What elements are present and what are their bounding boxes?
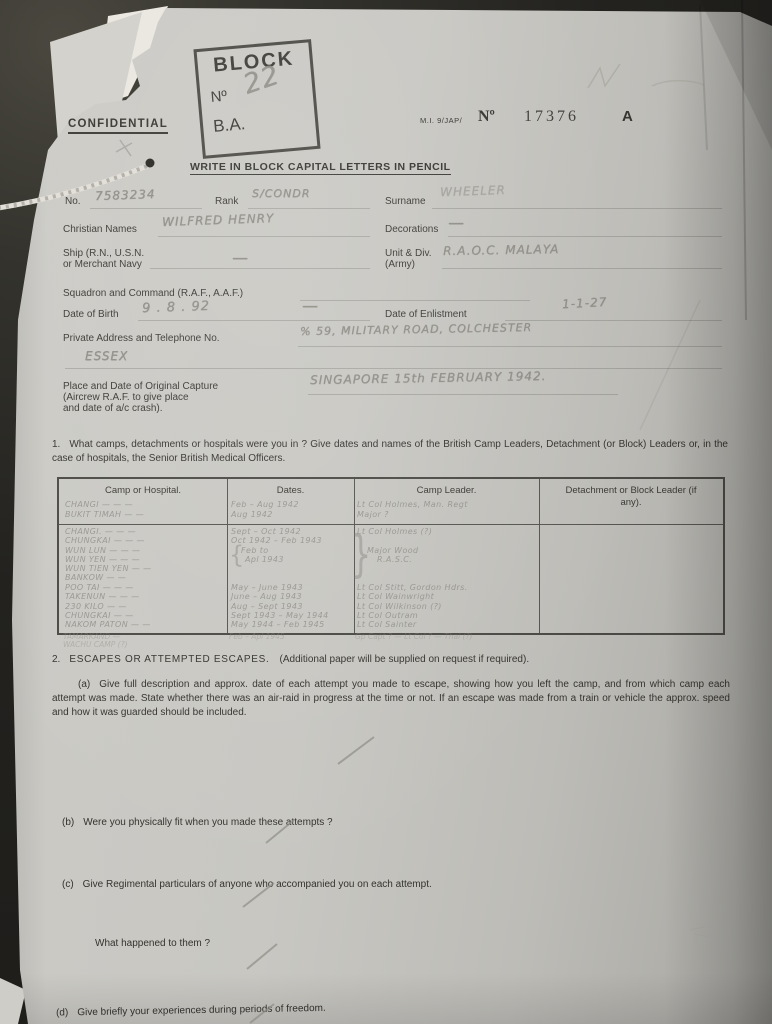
serial-number: 17376: [524, 108, 579, 126]
dates-cell: Aug 1942: [231, 510, 273, 519]
question-2c-tag: (c): [62, 879, 74, 890]
leader-cell: Major Wood: [367, 546, 419, 555]
camp-cell: WUN YEN — — —: [65, 555, 140, 564]
field-no-label: No.: [65, 196, 81, 207]
serial-no-label: Nº: [478, 108, 495, 126]
rule-line: [308, 394, 618, 395]
leader-cell: Lt Col Wilkinson (?): [357, 602, 442, 611]
camp-cell: WACHU CAMP (?): [63, 640, 128, 649]
dates-cell: May – June 1943: [231, 583, 303, 592]
field-unit-value: R.A.O.C. MALAYA: [443, 242, 559, 258]
question-2-heading: 2.ESCAPES OR ATTEMPTED ESCAPES.(Addition…: [52, 653, 728, 667]
dates-cell: May 1944 – Feb 1945: [231, 620, 325, 629]
table-row: TAKENUN — — —June – Aug 1943Lt Col Wainw…: [59, 592, 723, 602]
camp-cell: WUN TIEN YEN — —: [65, 564, 152, 573]
table-header-divider: [59, 524, 723, 525]
question-1: 1.What camps, detachments or hospitals w…: [52, 438, 728, 466]
question-2c-text: Give Regimental particulars of anyone wh…: [83, 879, 432, 890]
leader-cell: Lt Col Outram: [357, 611, 418, 620]
field-decorations-value: —: [448, 213, 465, 232]
camp-cell: BANKOW — —: [65, 573, 126, 582]
col-header-leader: Camp Leader.: [354, 485, 539, 497]
leader-cell: R.A.S.C.: [377, 555, 412, 564]
stamp-ba-label: B.A.: [212, 114, 246, 137]
table-row: CHANGI — — —Feb – Aug 1942Lt Col Holmes,…: [59, 500, 723, 510]
question-2c: (c)Give Regimental particulars of anyone…: [62, 878, 702, 892]
rule-line: [432, 208, 722, 209]
field-ship-label-line1: Ship (R.N., U.S.N.: [63, 248, 144, 259]
rule-line: [442, 268, 722, 269]
field-squadron-value: —: [302, 296, 319, 315]
camp-cell: CHANGI. — — —: [65, 527, 136, 536]
question-2a-text: Give full description and approx. date o…: [52, 679, 730, 718]
field-squadron-label: Squadron and Command (R.A.F., A.A.F.): [63, 288, 243, 299]
question-1-text: What camps, detachments or hospitals wer…: [52, 439, 728, 464]
rule-line: [505, 320, 722, 321]
question-2-title: ESCAPES OR ATTEMPTED ESCAPES.: [69, 654, 269, 665]
dates-cell: June – Aug 1943: [231, 592, 302, 601]
question-2-number: 2.: [52, 654, 60, 665]
rule-line: [150, 268, 370, 269]
camp-cell: CHUNGKAI — — —: [65, 536, 145, 545]
leader-cell: Major ?: [357, 510, 389, 519]
rule-line: [90, 208, 202, 209]
question-2d-text: Give briefly your experiences during per…: [77, 1003, 326, 1018]
leader-cell: Gp Capt ? — Lt Col ? — Thai (?): [355, 632, 472, 641]
field-dob-value: 9 . 8 . 92: [142, 299, 210, 316]
rule-line: [138, 320, 370, 321]
camp-cell: BUKIT TIMAH — —: [65, 510, 144, 519]
field-address-value-line2: ESSEX: [85, 349, 128, 363]
field-unit-label-line1: Unit & Div.: [385, 248, 432, 259]
document-photo: BLOCK Nº 22 B.A. CONFIDENTIAL M.I. 9/JAP…: [0, 0, 772, 1024]
question-2b-tag: (b): [62, 817, 74, 828]
rule-line: [158, 236, 370, 237]
field-surname-label: Surname: [385, 196, 426, 207]
question-2-note: (Additional paper will be supplied on re…: [280, 654, 530, 665]
leader-cell: Lt Col Holmes, Man. Regt: [357, 500, 468, 509]
field-enlistment-label: Date of Enlistment: [385, 309, 467, 320]
field-surname-value: WHEELER: [440, 183, 506, 199]
rule-line: [248, 208, 370, 209]
rule-line: [65, 368, 722, 369]
field-rank-value: S/CONDR: [252, 187, 310, 200]
field-dob-label: Date of Birth: [63, 309, 119, 320]
dates-cell: Feb – Aug 1942: [231, 500, 299, 509]
col-header-dates: Dates.: [227, 485, 354, 497]
pencil-brace-open: {: [229, 541, 244, 569]
question-1-number: 1.: [52, 439, 60, 450]
camp-cell: CHANGI — — —: [65, 500, 133, 509]
field-unit-label-line2: (Army): [385, 259, 415, 270]
leader-cell: Lt Col Stitt, Gordon Hdrs.: [357, 583, 468, 592]
camp-cell: 230 KILO — —: [65, 602, 127, 611]
dates-cell: Sept 1943 – May 1944: [231, 611, 329, 620]
dates-cell: Sept – Oct 1942: [231, 527, 301, 536]
rule-line: [448, 236, 722, 237]
table-row: CHUNGKAI — — —Oct 1942 – Feb 1943: [59, 536, 723, 546]
question-2b-text: Were you physically fit when you made th…: [83, 817, 332, 828]
question-2a-tag: (a): [78, 679, 90, 690]
field-christian-names-label: Christian Names: [63, 224, 137, 235]
field-capture-label-line1: Place and Date of Original Capture: [63, 381, 218, 392]
confidential-marking: CONFIDENTIAL: [68, 118, 168, 134]
leader-cell: Lt Col Sainter: [357, 620, 417, 629]
field-capture-label-line2: (Aircrew R.A.F. to give place: [63, 392, 189, 403]
camp-cell: NAKOM PATON — —: [65, 620, 151, 629]
camp-cell: POO TAI — — —: [65, 583, 134, 592]
pencil-brace-close: }: [351, 525, 372, 583]
stamp-no-label: Nº: [210, 88, 228, 106]
table-row: BUKIT TIMAH — —Aug 1942Major ?: [59, 510, 723, 520]
block-capitals-instruction: WRITE IN BLOCK CAPITAL LETTERS IN PENCIL: [190, 161, 451, 175]
field-capture-label-line3: and date of a/c crash).: [63, 403, 163, 414]
dates-cell: Feb – Apl 1945: [229, 632, 285, 641]
dates-cell: Feb to: [241, 546, 269, 555]
rule-line: [300, 300, 530, 301]
rule-line: [298, 346, 722, 347]
camps-table: Camp or Hospital. Dates. Camp Leader. De…: [57, 477, 725, 635]
leader-cell: Lt Col Wainwright: [357, 592, 434, 601]
field-enlistment-value: 1-1-27: [562, 295, 608, 311]
question-2a: (a)Give full description and approx. dat…: [52, 678, 730, 720]
col-header-camp: Camp or Hospital.: [59, 485, 227, 497]
field-rank-label: Rank: [215, 196, 238, 207]
question-2d-tag: (d): [56, 1007, 68, 1018]
series-letter: A: [622, 108, 633, 125]
dates-cell: Apl 1943: [245, 555, 284, 564]
dates-cell: Oct 1942 – Feb 1943: [231, 536, 322, 545]
field-ship-value: —: [232, 248, 249, 267]
field-address-label: Private Address and Telephone No.: [63, 333, 220, 344]
question-2b: (b)Were you physically fit when you made…: [62, 816, 702, 830]
question-2c-followup: What happened to them ?: [95, 937, 595, 951]
camp-cell: CHUNGKAI — —: [65, 611, 134, 620]
block-number-stamp: BLOCK Nº 22 B.A.: [193, 39, 320, 159]
field-no-value: 7583234: [95, 187, 156, 203]
field-ship-label-line2: or Merchant Navy: [63, 259, 142, 270]
camp-cell: TAKENUN — — —: [65, 592, 140, 601]
dates-cell: Aug – Sept 1943: [231, 602, 303, 611]
field-decorations-label: Decorations: [385, 224, 438, 235]
reference-prefix: M.I. 9/JAP/: [420, 116, 462, 125]
table-row: BANKOW — —: [59, 573, 723, 583]
question-2c-followup-text: What happened to them ?: [95, 938, 210, 949]
table-row: NAKOM PATON — —May 1944 – Feb 1945Lt Col…: [59, 620, 723, 630]
camp-cell: WUN LUN — — —: [65, 546, 140, 555]
